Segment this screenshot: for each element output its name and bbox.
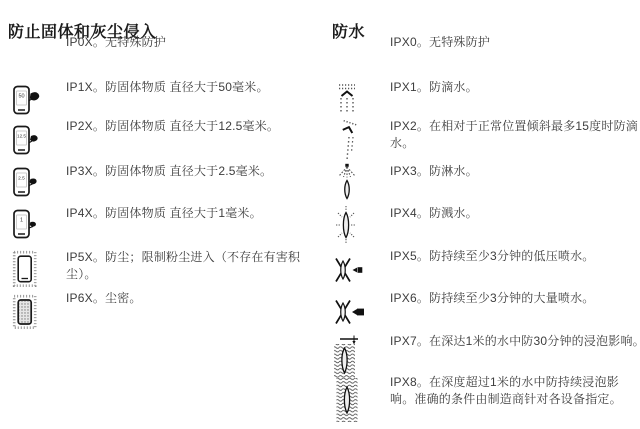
dust-protected-icon [12, 250, 38, 288]
ip4x-row: IP4X。防固体物质 直径大于1毫米。 [66, 205, 262, 222]
solid-object-12-5mm-icon: 12.5 [12, 124, 42, 156]
solid-object-2-5mm-icon: 2.5 [12, 166, 42, 198]
immersion-1m-icon [333, 335, 359, 379]
ipx6-row: IPX6。防持续至少3分钟的大量喷水。 [390, 290, 595, 307]
solid-object-1mm-icon: 1 [12, 208, 42, 240]
ip6x-row: IP6X。尘密。 [66, 290, 142, 307]
svg-text:12.5: 12.5 [17, 134, 26, 139]
ip2x-row: IP2X。防固体物质 直径大于12.5毫米。 [66, 118, 279, 135]
solid-object-50mm-icon: 50 [12, 84, 42, 116]
ipx5-row: IPX5。防持续至少3分钟的低压喷水。 [390, 248, 595, 265]
ipx1-row: IPX1。防滴水。 [390, 79, 478, 96]
ipx3-row: IPX3。防淋水。 [390, 163, 478, 180]
ipx8-row: IPX8。在深度超过1米的水中防持续浸泡影响。准确的条件由制造商针对各设备指定。 [390, 374, 640, 408]
ip5x-row: IP5X。防尘；限制粉尘进入（不存在有害积尘）。 [66, 249, 318, 283]
powerful-water-jet-icon [333, 297, 365, 327]
svg-text:50: 50 [18, 94, 24, 100]
ip0x-row: IP0X。无特殊防护 [66, 34, 166, 51]
ipx7-row: IPX7。在深达1米的水中防30分钟的浸泡影响。 [390, 333, 640, 350]
continuous-immersion-icon [336, 377, 358, 423]
ip1x-row: IP1X。防固体物质 直径大于50毫米。 [66, 79, 269, 96]
spraying-water-icon [336, 163, 358, 201]
water-section-title: 防水 [332, 19, 365, 42]
ipx2-row: IPX2。在相对于正常位置倾斜最多15度时防滴水。 [390, 118, 640, 152]
svg-text:1: 1 [20, 218, 23, 224]
ip-rating-document: 防止固体和灰尘侵入 IP0X。无特殊防护 50 IP1X。防固体物质 直径大于5… [0, 0, 640, 429]
ipx4-row: IPX4。防溅水。 [390, 205, 478, 222]
water-jet-icon [333, 255, 363, 285]
ip3x-row: IP3X。防固体物质 直径大于2.5毫米。 [66, 163, 272, 180]
dripping-water-icon [336, 83, 358, 113]
tilted-drip-icon [337, 120, 359, 162]
dust-tight-icon [12, 294, 38, 330]
ipx0-row: IPX0。无特殊防护 [390, 34, 490, 51]
splashing-water-icon [334, 205, 358, 245]
svg-text:2.5: 2.5 [18, 176, 25, 182]
